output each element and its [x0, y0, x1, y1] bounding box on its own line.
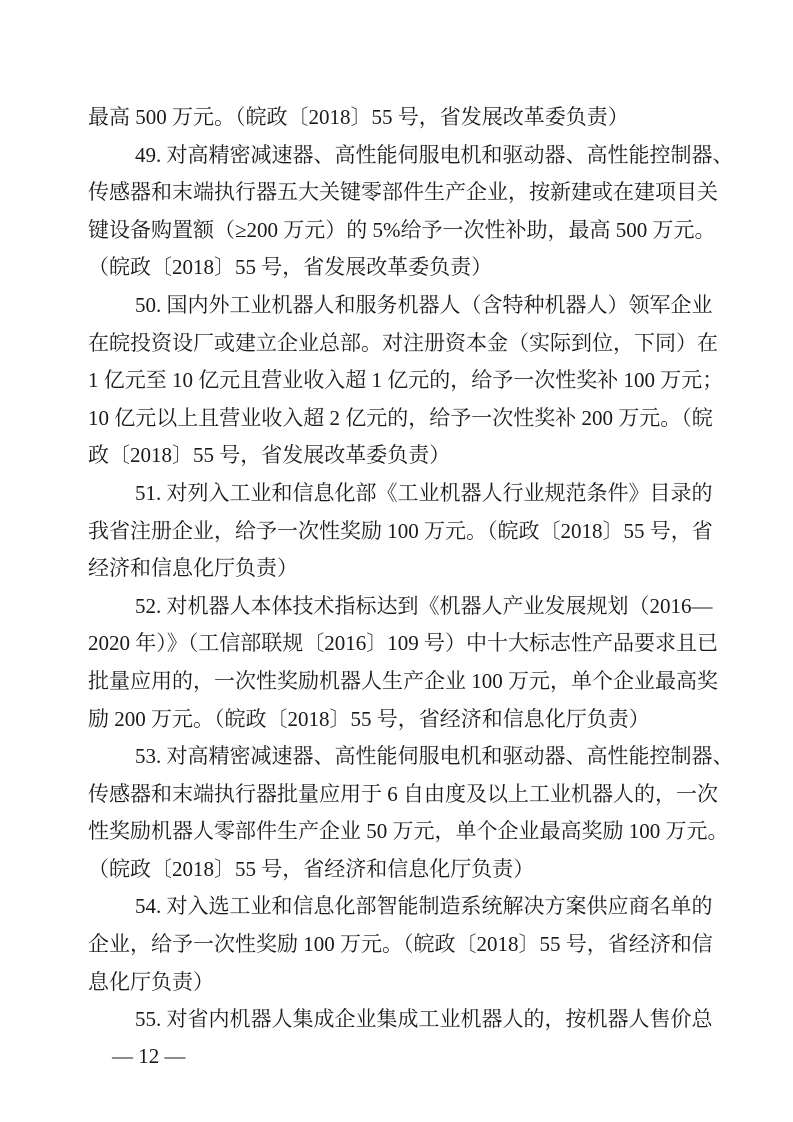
- text-line: 我省注册企业，给予一次性奖励 100 万元。（皖政〔2018〕55 号，省: [88, 513, 703, 551]
- paragraph-54: 54. 对入选工业和信息化部智能制造系统解决方案供应商名单的企业，给予一次性奖励…: [88, 888, 703, 1001]
- text-line: 经济和信息化厅负责）: [88, 550, 703, 588]
- text-line: 性奖励机器人零部件生产企业 50 万元，单个企业最高奖励 100 万元。: [88, 813, 703, 851]
- text-line: 息化厅负责）: [88, 964, 703, 1002]
- text-line: 传感器和末端执行器五大关键零部件生产企业，按新建或在建项目关: [88, 174, 703, 212]
- text-line: 最高 500 万元。（皖政〔2018〕55 号，省发展改革委负责）: [88, 99, 703, 137]
- text-line: 励 200 万元。（皖政〔2018〕55 号，省经济和信息化厅负责）: [88, 701, 703, 739]
- text-line: 键设备购置额（≥200 万元）的 5%给予一次性补助，最高 500 万元。: [88, 212, 703, 250]
- text-line: 53. 对高精密减速器、高性能伺服电机和驱动器、高性能控制器、: [88, 738, 703, 776]
- paragraph-52: 52. 对机器人本体技术指标达到《机器人产业发展规划（2016—2020 年）》…: [88, 588, 703, 738]
- text-line: 51. 对列入工业和信息化部《工业机器人行业规范条件》目录的: [88, 475, 703, 513]
- page-number: — 12 —: [112, 1042, 186, 1070]
- text-line: 55. 对省内机器人集成企业集成工业机器人的，按机器人售价总: [88, 1001, 703, 1039]
- text-line: 52. 对机器人本体技术指标达到《机器人产业发展规划（2016—: [88, 588, 703, 626]
- paragraph-continuation: 最高 500 万元。（皖政〔2018〕55 号，省发展改革委负责）: [88, 99, 703, 137]
- text-line: 批量应用的，一次性奖励机器人生产企业 100 万元，单个企业最高奖: [88, 663, 703, 701]
- paragraph-49: 49. 对高精密减速器、高性能伺服电机和驱动器、高性能控制器、传感器和末端执行器…: [88, 137, 703, 287]
- text-line: （皖政〔2018〕55 号，省经济和信息化厅负责）: [88, 851, 703, 889]
- text-line: 50. 国内外工业机器人和服务机器人（含特种机器人）领军企业: [88, 287, 703, 325]
- text-line: 政〔2018〕55 号，省发展改革委负责）: [88, 437, 703, 475]
- text-line: 传感器和末端执行器批量应用于 6 自由度及以上工业机器人的，一次: [88, 776, 703, 814]
- text-line: 企业，给予一次性奖励 100 万元。（皖政〔2018〕55 号，省经济和信: [88, 926, 703, 964]
- text-line: 10 亿元以上且营业收入超 2 亿元的，给予一次性奖补 200 万元。（皖: [88, 400, 703, 438]
- text-line: 1 亿元至 10 亿元且营业收入超 1 亿元的，给予一次性奖补 100 万元；: [88, 362, 703, 400]
- paragraph-50: 50. 国内外工业机器人和服务机器人（含特种机器人）领军企业在皖投资设厂或建立企…: [88, 287, 703, 475]
- text-line: 49. 对高精密减速器、高性能伺服电机和驱动器、高性能控制器、: [88, 137, 703, 175]
- text-line: 54. 对入选工业和信息化部智能制造系统解决方案供应商名单的: [88, 888, 703, 926]
- paragraph-53: 53. 对高精密减速器、高性能伺服电机和驱动器、高性能控制器、传感器和末端执行器…: [88, 738, 703, 888]
- document-page: 最高 500 万元。（皖政〔2018〕55 号，省发展改革委负责）49. 对高精…: [0, 0, 793, 1122]
- document-body: 最高 500 万元。（皖政〔2018〕55 号，省发展改革委负责）49. 对高精…: [88, 99, 703, 1039]
- text-line: 在皖投资设厂或建立企业总部。对注册资本金（实际到位，下同）在: [88, 325, 703, 363]
- text-line: （皖政〔2018〕55 号，省发展改革委负责）: [88, 249, 703, 287]
- paragraph-51: 51. 对列入工业和信息化部《工业机器人行业规范条件》目录的我省注册企业，给予一…: [88, 475, 703, 588]
- text-line: 2020 年）》（工信部联规〔2016〕109 号）中十大标志性产品要求且已: [88, 625, 703, 663]
- paragraph-55: 55. 对省内机器人集成企业集成工业机器人的，按机器人售价总: [88, 1001, 703, 1039]
